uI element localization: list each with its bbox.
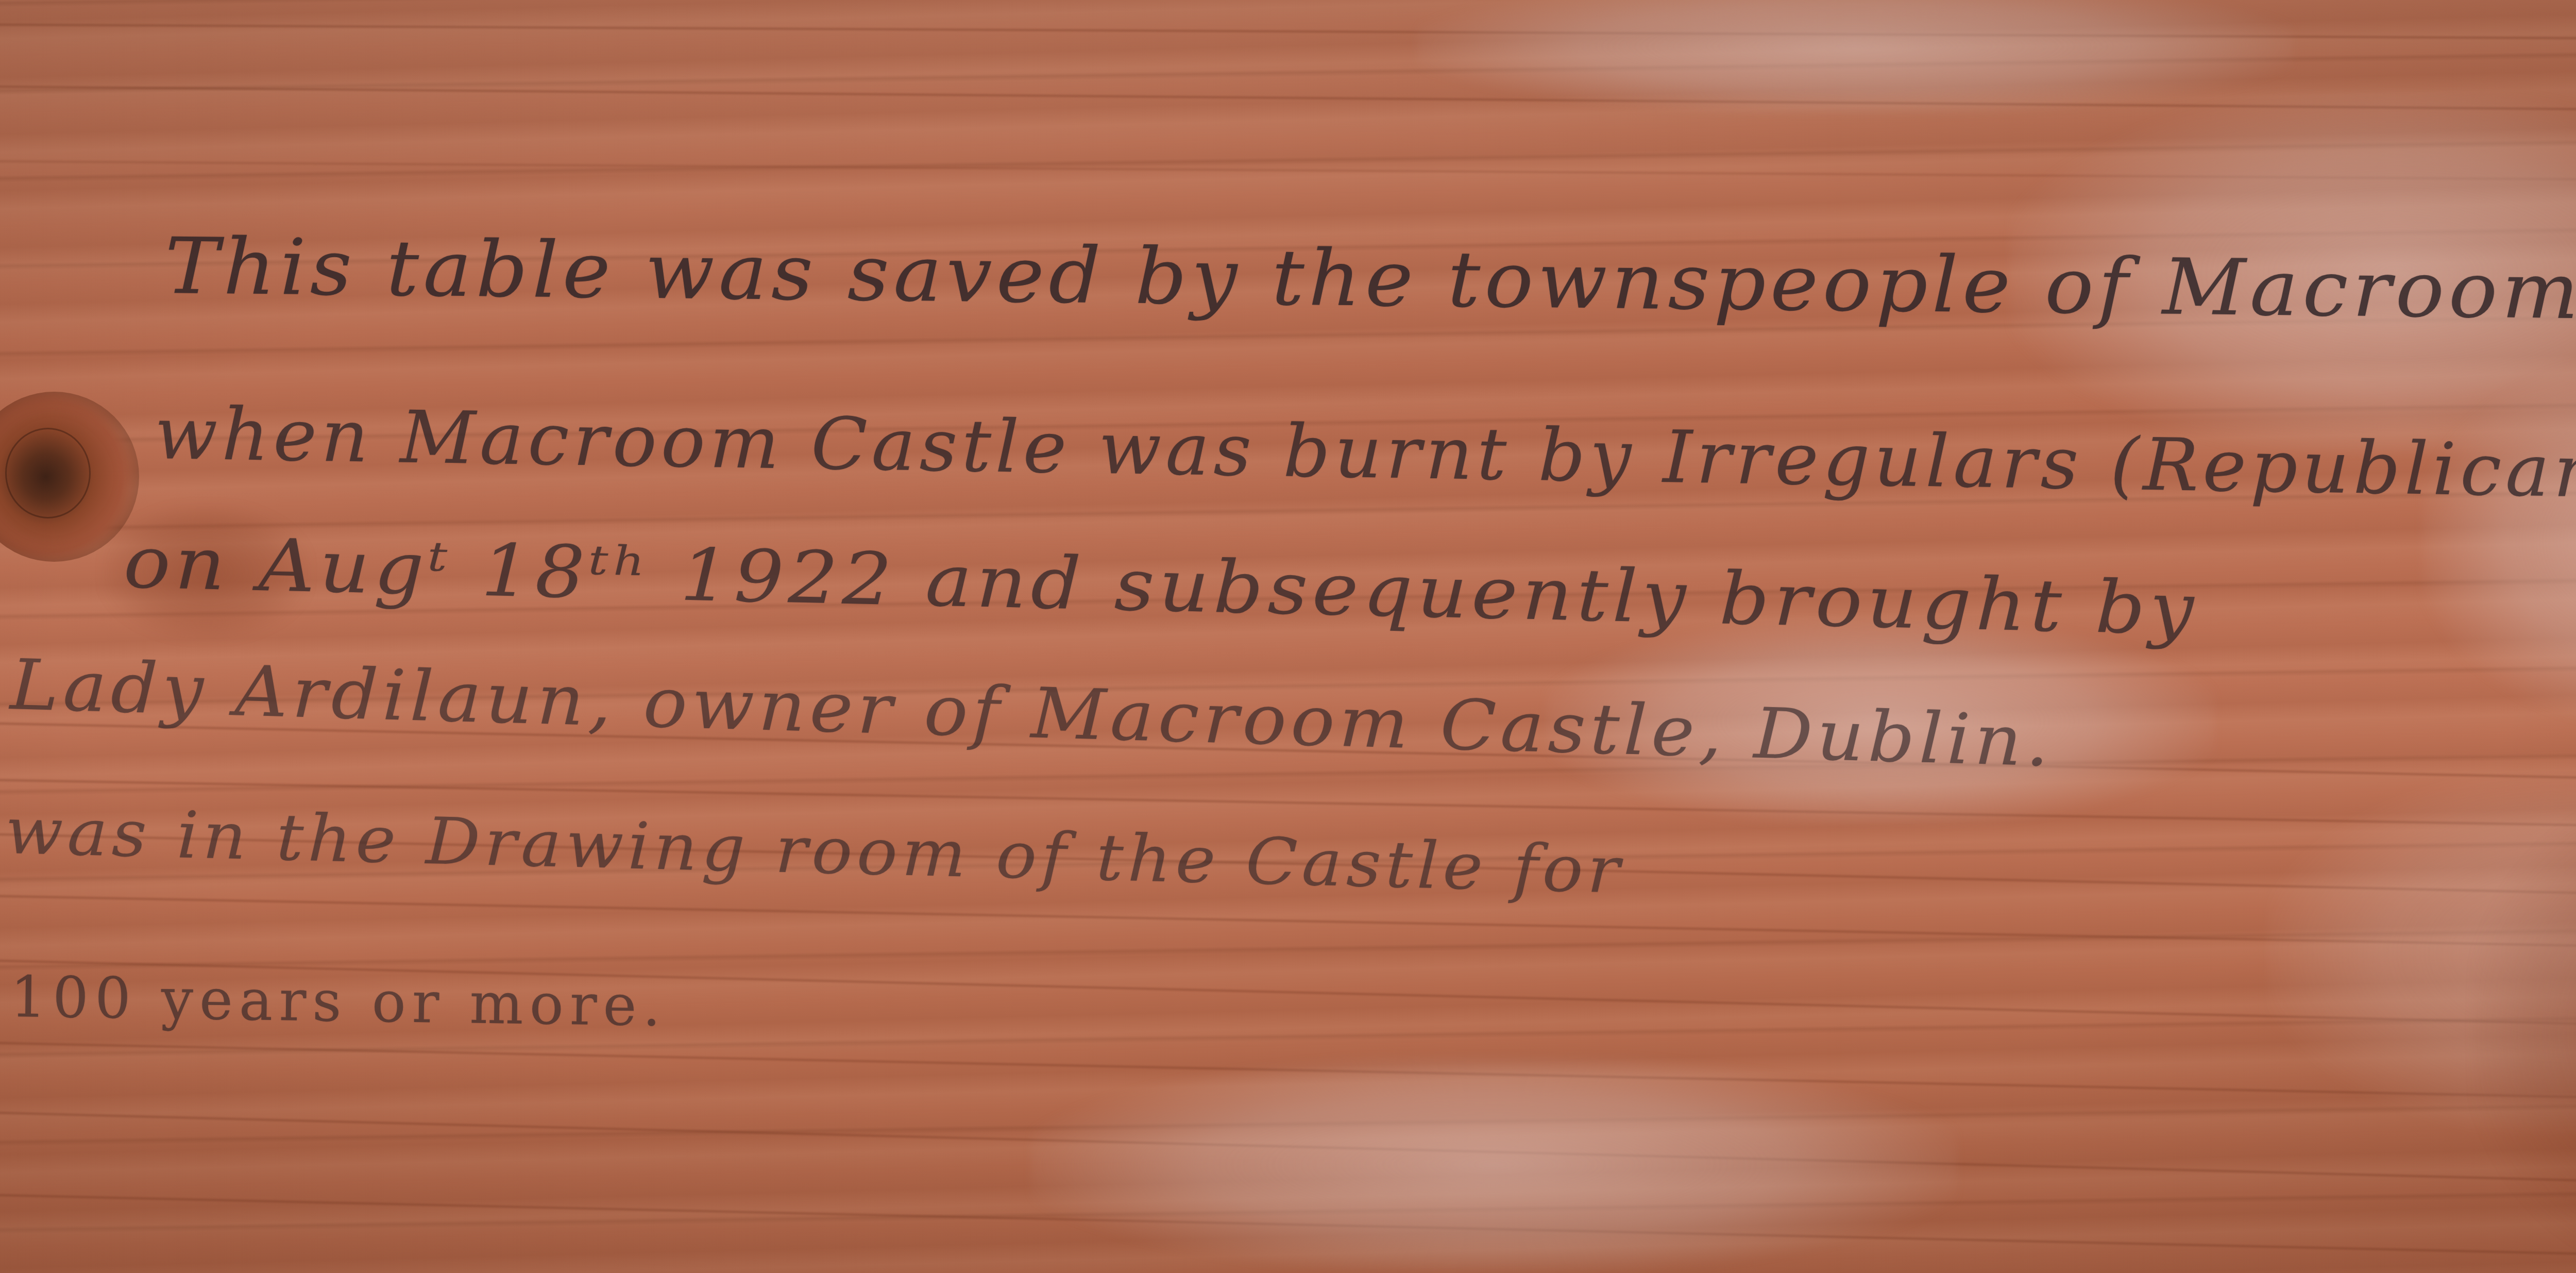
- inscription-line-3: on Augᵗ 18ᵗʰ 1922 and subsequently broug…: [123, 521, 2199, 651]
- inscription-line-4: Lady Ardilaun, owner of Macroom Castle, …: [9, 644, 2055, 782]
- wooden-board: This table was saved by the townspeople …: [0, 0, 2576, 1273]
- inscription-line-5: was in the Drawing room of the Castle fo…: [4, 794, 1625, 908]
- handwritten-inscription: This table was saved by the townspeople …: [0, 0, 2576, 1273]
- inscription-line-2: when Macroom Castle was burnt by Irregul…: [154, 392, 2576, 515]
- inscription-line-6: 100 years or more.: [10, 964, 667, 1039]
- inscription-line-1: This table was saved by the townspeople …: [164, 222, 2576, 341]
